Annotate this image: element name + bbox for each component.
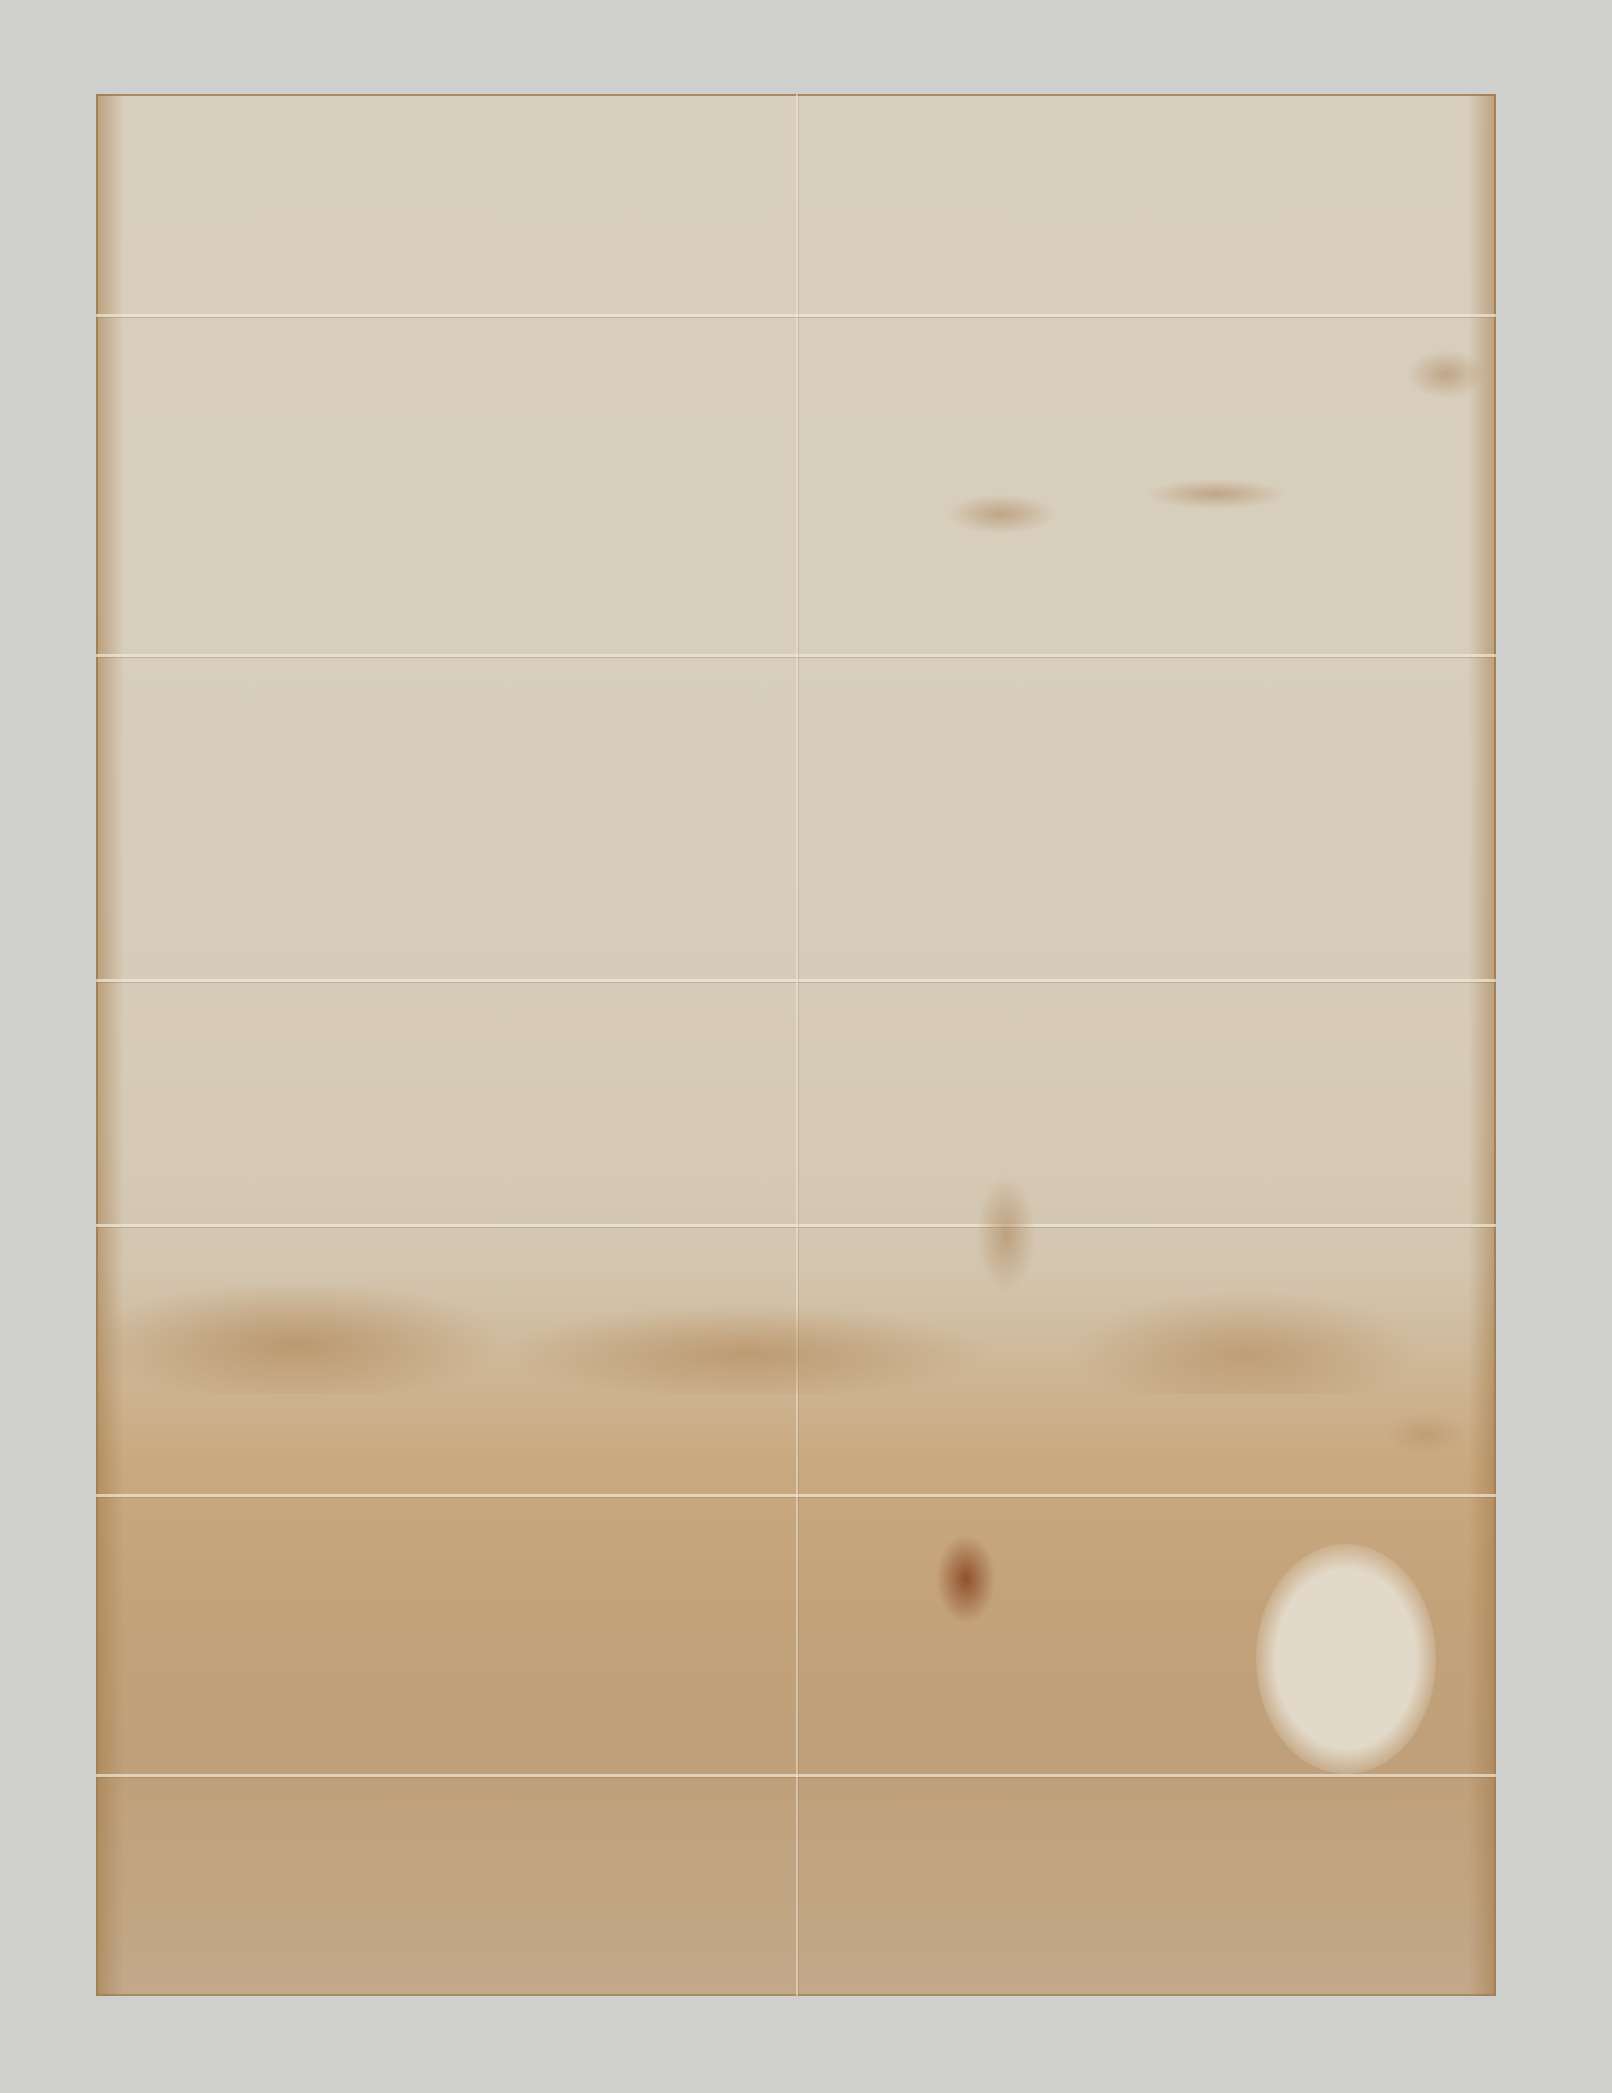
left-edge-stain — [96, 94, 124, 1996]
water-stain — [946, 494, 1056, 534]
pale-patch — [1256, 1544, 1436, 1774]
water-stain — [1146, 479, 1286, 509]
vertical-fold-line — [796, 94, 798, 1996]
paper-sheet — [96, 94, 1496, 1996]
water-stain — [976, 1174, 1036, 1294]
water-stain-tide-line — [96, 1234, 1496, 1394]
rust-stain — [936, 1534, 996, 1624]
water-stain — [1406, 349, 1486, 399]
